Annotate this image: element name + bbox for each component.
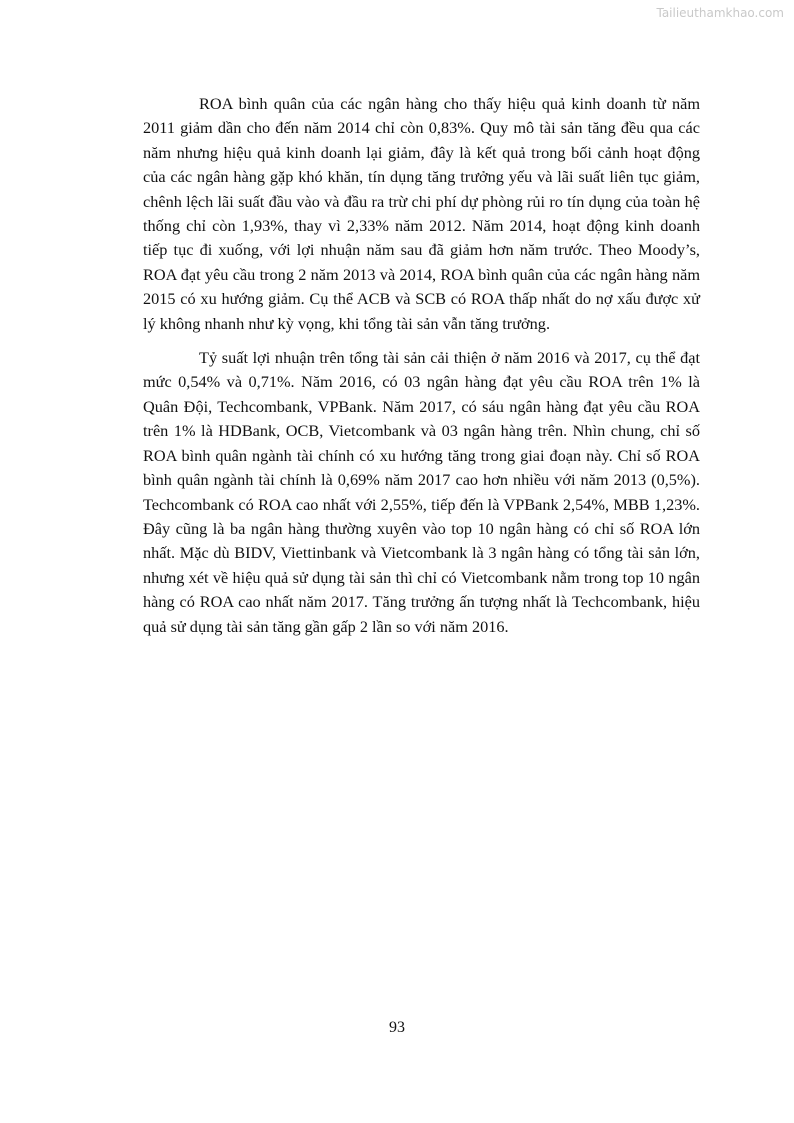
paragraph-roa-improvement: Tỷ suất lợi nhuận trên tổng tài sản cải … xyxy=(143,346,700,639)
page-number: 93 xyxy=(0,1019,794,1037)
watermark-text: Tailieuthamkhao.com xyxy=(656,6,784,20)
paragraph-roa-trend: ROA bình quân của các ngân hàng cho thấy… xyxy=(143,92,700,336)
document-body: ROA bình quân của các ngân hàng cho thấy… xyxy=(143,92,700,639)
